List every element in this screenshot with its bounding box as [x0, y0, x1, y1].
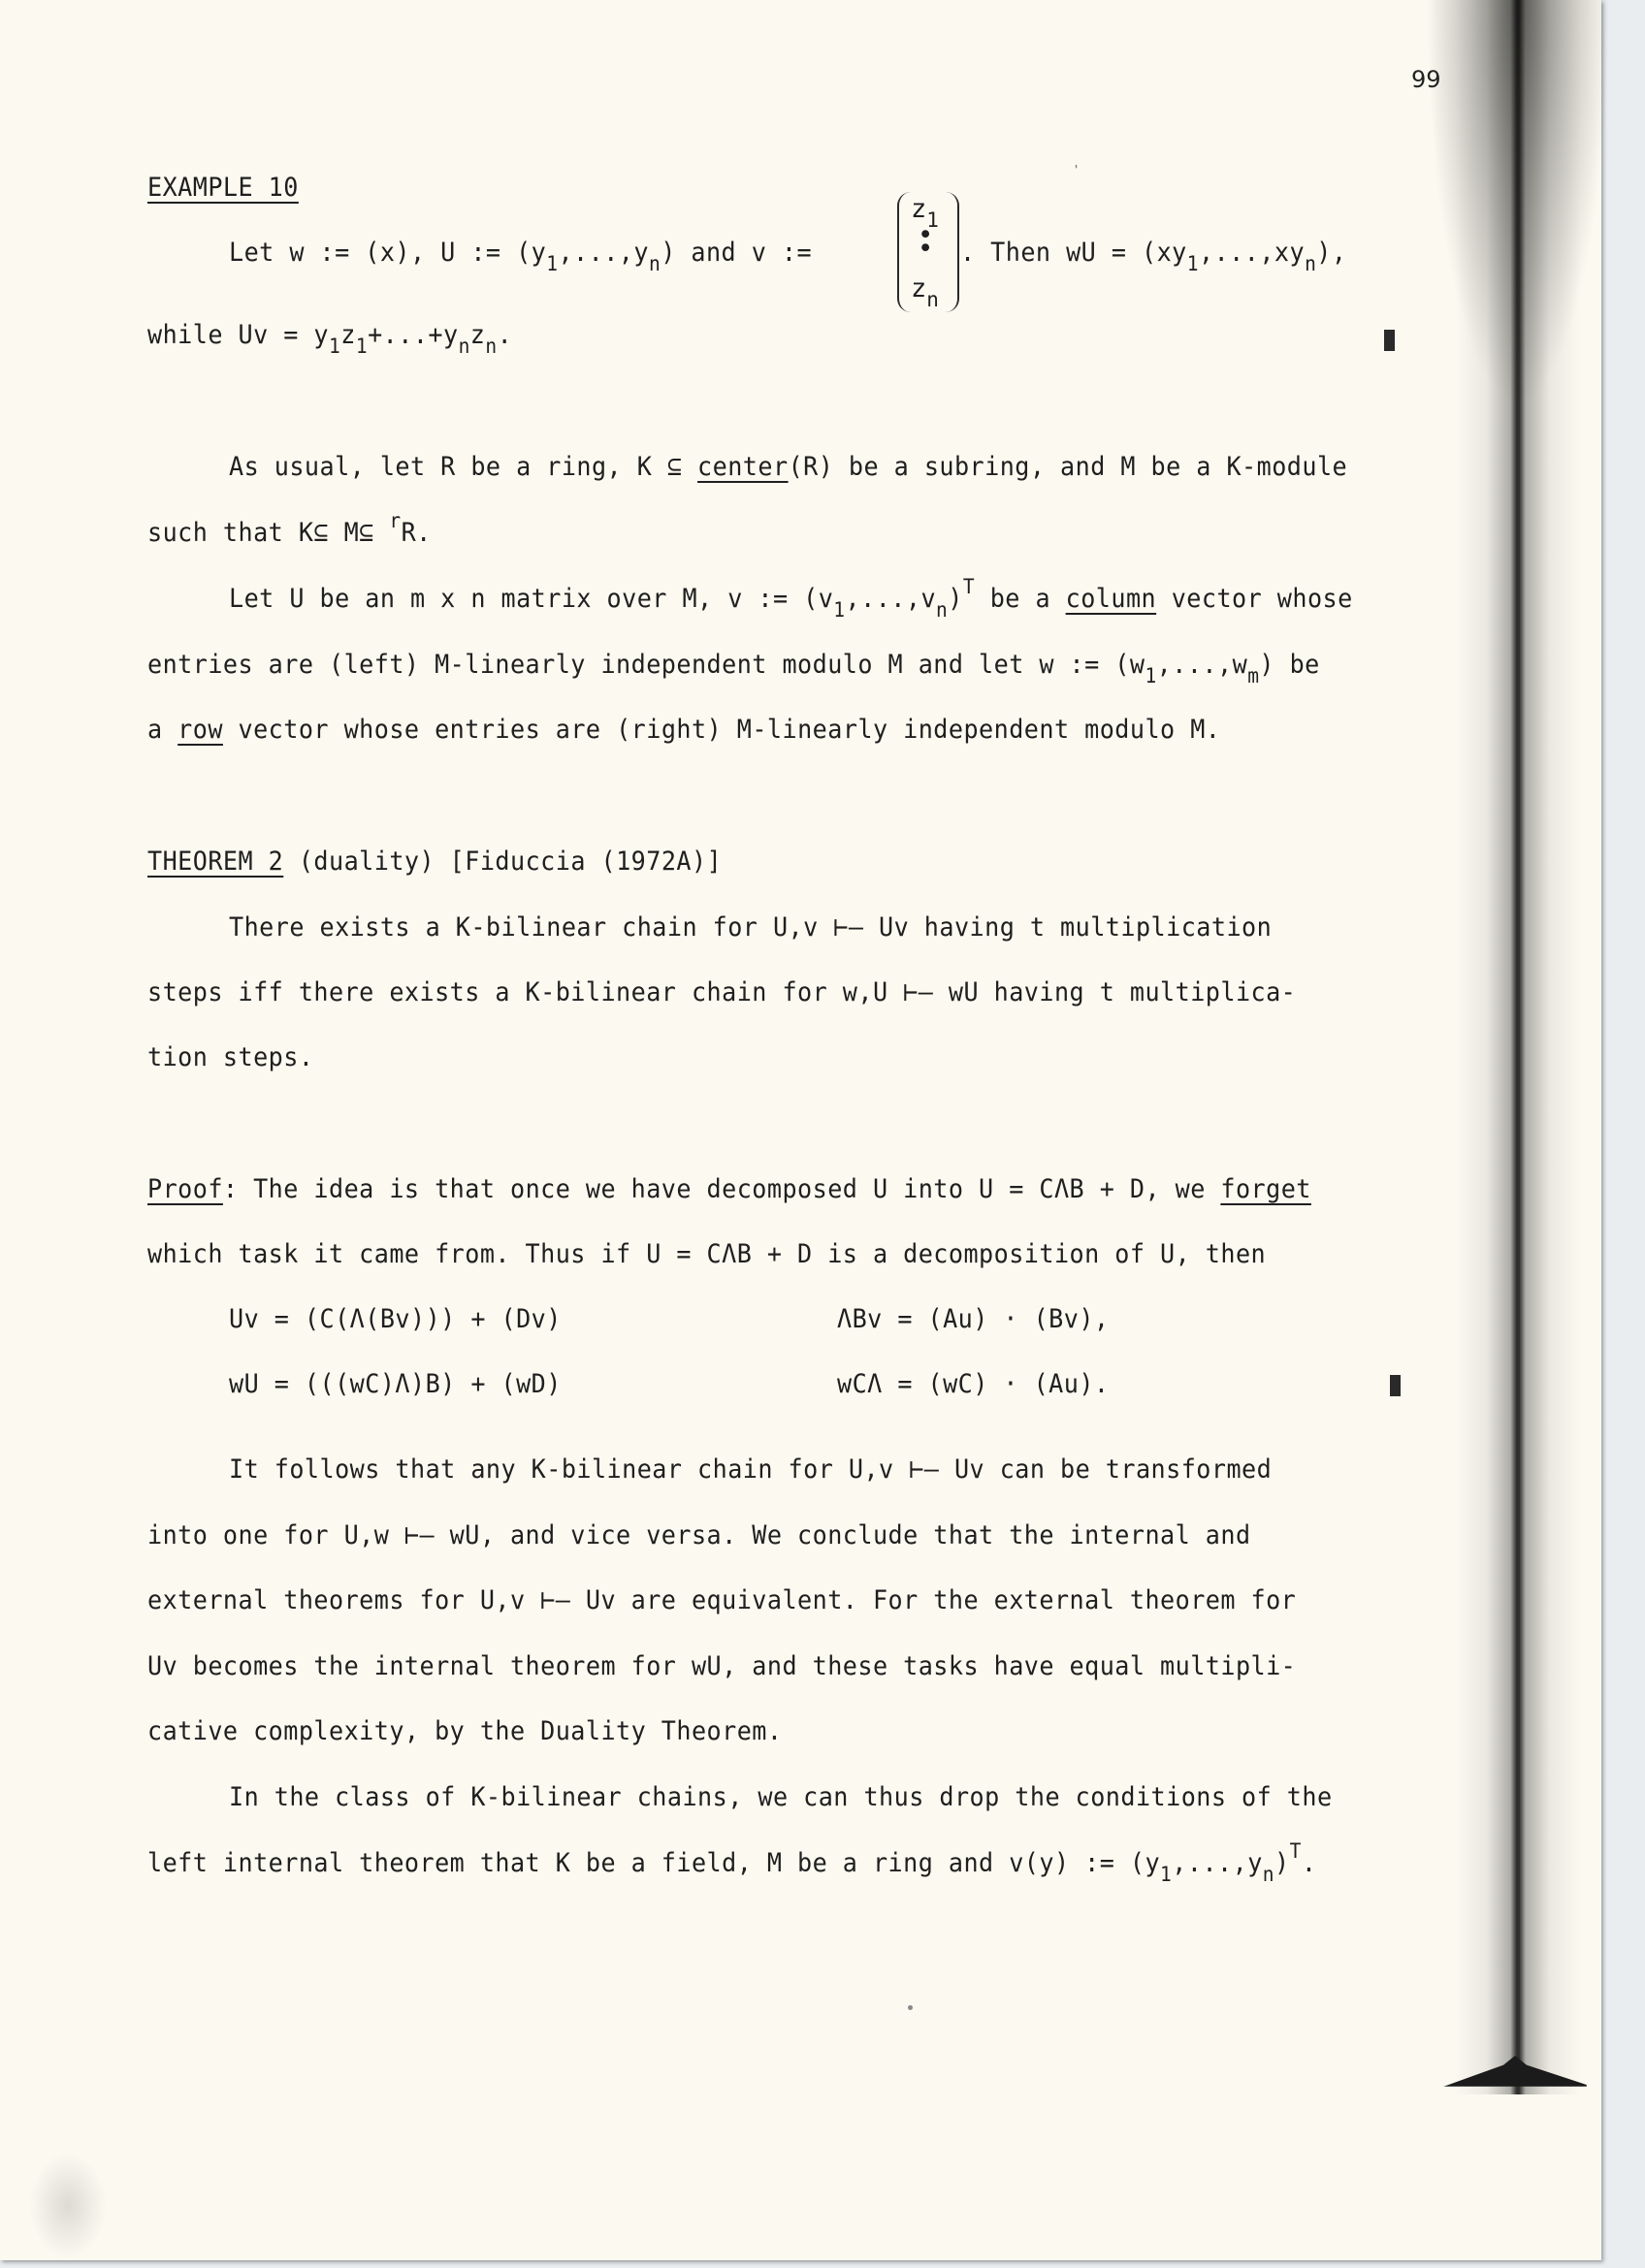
equation-2-right: wCΛ = (wC) · (Au).: [837, 1369, 1109, 1399]
proof-line-1: Proof: The idea is that once we have dec…: [147, 1174, 1311, 1204]
para4-line-2: left internal theorem that K be a field,…: [147, 1848, 1316, 1878]
example-line-1-then: . Then wU = (xy1,...,xyn),: [960, 238, 1346, 268]
para2-line-1: Let U be an m x n matrix over M, v := (v…: [229, 584, 1353, 614]
end-of-proof-mark: [1390, 1375, 1401, 1396]
theorem-line-2: steps iff there exists a K-bilinear chai…: [147, 977, 1296, 1007]
para3-line-2: into one for U,w ⊢— wU, and vice versa. …: [147, 1520, 1251, 1550]
theorem-line-1: There exists a K-bilinear chain for U,v …: [229, 912, 1272, 942]
example-line-1: Let w := (x), U := (y1,...,yn) and v :=: [229, 238, 812, 268]
binding-shadow: [1455, 0, 1581, 2094]
para2-line-2: entries are (left) M-linearly independen…: [147, 650, 1320, 680]
scan-smudge: [29, 2153, 107, 2259]
para1-line-2: such that K⊆ M⊆ rR.: [147, 518, 432, 548]
equation-2-left: wU = (((wC)Λ)B) + (wD): [229, 1369, 562, 1399]
para3-line-5: cative complexity, by the Duality Theore…: [147, 1716, 782, 1746]
theorem-line-3: tion steps.: [147, 1042, 313, 1072]
para3-line-1: It follows that any K-bilinear chain for…: [229, 1454, 1272, 1485]
para3-line-4: Uv becomes the internal theorem for wU, …: [147, 1651, 1296, 1681]
theorem-heading: THEOREM 2 (duality) [Fiduccia (1972A)]: [147, 847, 722, 877]
equation-1-right: ΛBv = (Au) · (Bv),: [837, 1304, 1109, 1334]
column-vector-v: z1 •• zn: [897, 192, 959, 312]
stray-mark: ': [1075, 163, 1078, 180]
example-heading: EXAMPLE 10: [147, 173, 299, 203]
equation-1-left: Uv = (C(Λ(Bv))) + (Dv): [229, 1304, 562, 1334]
scanned-page: 99 ' EXAMPLE 10 Let w := (x), U := (y1,.…: [0, 0, 1601, 2260]
example-line-2: while Uv = y1z1+...+ynzn.: [147, 320, 512, 350]
speck: [908, 2005, 913, 2010]
para4-line-1: In the class of K-bilinear chains, we ca…: [229, 1782, 1333, 1812]
para3-line-3: external theorems for U,v ⊢— Uv are equi…: [147, 1585, 1296, 1615]
para2-line-3: a row vector whose entries are (right) M…: [147, 715, 1220, 745]
end-of-example-mark: [1384, 330, 1395, 351]
para1-line-1: As usual, let R be a ring, K ⊆ center(R)…: [229, 452, 1347, 482]
page-number: 99: [1411, 66, 1441, 93]
proof-line-2: which task it came from. Thus if U = CΛB…: [147, 1239, 1266, 1269]
